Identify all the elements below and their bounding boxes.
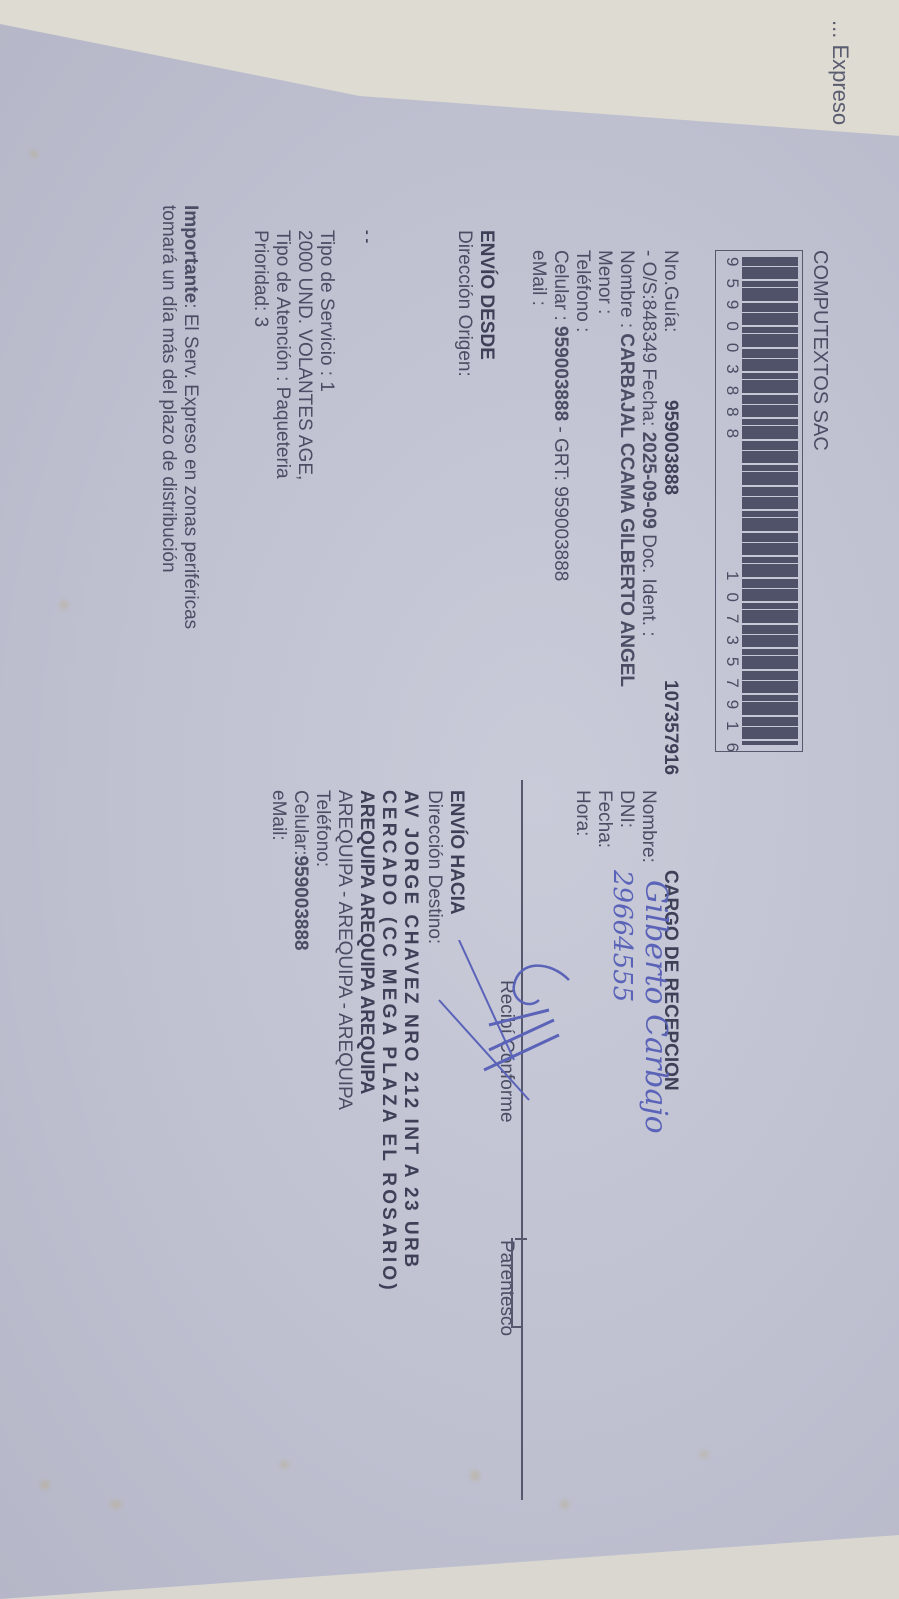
tipo-servicio: Tipo de Servicio : 1: [315, 230, 337, 392]
destination-celular-row: Celular:959003888: [289, 790, 311, 951]
email-label: eMail :: [527, 250, 549, 306]
os-label: - O/S:: [638, 250, 659, 300]
address-line-3: AREQUIPA AREQUIPA AREQUIPA: [355, 790, 377, 1094]
direccion-destino-label: Dirección Destino:: [423, 790, 445, 944]
nro-guia-value: 959003888: [659, 400, 681, 495]
tipo-atencion: Tipo de Atención : Paqueteria: [271, 230, 293, 479]
nombre-row: Nombre : CARBAJAL CCAMA GILBERTO ANGEL: [615, 250, 637, 687]
os-value: 848349: [638, 300, 659, 363]
os-row: - O/S:848349 Fecha: 2025-09-09 Doc. Iden…: [637, 250, 659, 637]
barcode: 959003888 107357916: [715, 250, 803, 752]
signature-mark: [429, 940, 609, 1120]
shipping-guide-document: ... Expreso COMPUTEXTOS SAC 959003888 10…: [0, 0, 899, 1599]
barcode-bars: [742, 257, 798, 745]
fecha-value: 2025-09-09: [638, 432, 659, 529]
destination-celular-value: 959003888: [290, 855, 311, 950]
celular-value: 959003888: [550, 326, 571, 421]
address-line-1: AV JORGE CHAVEZ NRO 212 INT A 23 URB: [399, 790, 421, 1270]
destination-email-label: eMail:: [267, 790, 289, 841]
handwritten-dni: 29664555: [607, 870, 637, 1002]
notice-line-1: Importante: El Serv. Expreso en zonas pe…: [179, 205, 201, 629]
destination-telefono-label: Teléfono:: [311, 790, 333, 867]
parentesco-line: [512, 1238, 514, 1328]
service-description: 2000 UND. VOLANTES AGE,: [293, 230, 315, 480]
fecha-label: Fecha:: [638, 368, 659, 426]
doc-ident-label: Doc. Ident. :: [638, 534, 659, 636]
service-dashes: - -: [357, 230, 379, 243]
signature-line: [522, 780, 524, 1500]
parentesco-bracket: [515, 1238, 527, 1240]
parentesco-label: Parentesco: [495, 1240, 517, 1336]
envio-desde-title: ENVÍO DESDE: [475, 230, 497, 360]
region-line: AREQUIPA - AREQUIPA - AREQUIPA: [333, 790, 355, 1110]
handwritten-name: Gilberto Carbajo: [638, 880, 673, 1134]
envio-hacia-title: ENVÍO HACIA: [445, 790, 467, 915]
menor-label: Menor :: [593, 250, 615, 314]
notice-label: Importante: [180, 205, 201, 303]
destination-celular-label: Celular:: [290, 790, 311, 855]
reception-nombre-label: Nombre:: [637, 790, 659, 863]
parentesco-bracket: [511, 1326, 523, 1328]
company-name: COMPUTEXTOS SAC: [809, 250, 831, 451]
nombre-label: Nombre :: [616, 250, 637, 328]
prioridad: Prioridad: 3: [249, 230, 271, 327]
barcode-left-digits: 959003888: [722, 257, 742, 450]
nro-guia-label: Nro.Guía:: [659, 250, 681, 332]
nombre-value: CARBAJAL CCAMA GILBERTO ANGEL: [616, 333, 637, 687]
barcode-right-digits: 107357916: [722, 571, 742, 764]
reception-fecha-label: Fecha:: [593, 790, 615, 848]
telefono-label: Teléfono :: [571, 250, 593, 332]
address-line-2: CERCADO (CC MEGA PLAZA EL ROSARIO): [377, 790, 399, 1293]
celular-row: Celular : 959003888 - GRT: 959003888: [549, 250, 571, 581]
grt-text: - GRT: 959003888: [550, 426, 571, 581]
cut-header-text: ... Expreso: [829, 20, 851, 125]
notice-text: : El Serv. Expreso en zonas periféricas: [180, 303, 201, 629]
guia-secondary-number: 107357916: [659, 680, 681, 775]
celular-label: Celular :: [550, 250, 571, 321]
reception-dni-label: DNI:: [615, 790, 637, 828]
notice-line-2: tomará un día más del plazo de distribuc…: [157, 205, 179, 573]
direccion-origen-label: Dirección Origen:: [453, 230, 475, 377]
reception-hora-label: Hora:: [571, 790, 593, 836]
